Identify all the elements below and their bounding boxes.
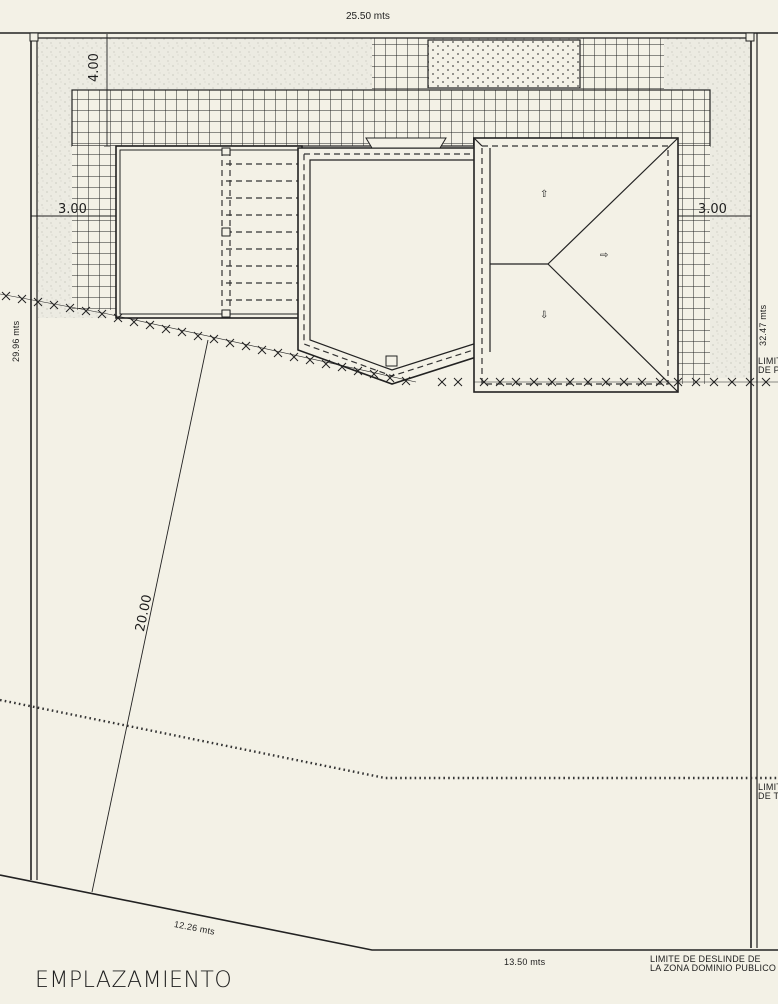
dimension-top-width: 25.50 mts <box>346 12 390 22</box>
dimension-bottom-right: 13.50 mts <box>504 958 545 967</box>
slope-arrow-down-icon: ⇩ <box>540 310 548 321</box>
dimension-setback-right: 3.00 <box>698 203 727 216</box>
slope-arrow-right-icon: ⇨ <box>600 250 608 261</box>
dimension-left-depth: 29.96 mts <box>12 321 21 362</box>
dimension-setback-left: 3.00 <box>58 203 87 216</box>
central-building <box>298 138 492 384</box>
dimension-setback-top: 4.00 <box>88 53 101 82</box>
public-domain-note: LIMITE DE DESLINDE DE LA ZONA DOMINIO PU… <box>650 955 776 973</box>
dimension-right-depth: 32.47 mts <box>759 305 768 346</box>
limit-note-top: LIMIT DE P <box>758 357 778 375</box>
dotted-planter <box>428 40 580 88</box>
limit-note-mid: LIMIT DE T <box>758 783 778 801</box>
left-wing-building <box>116 146 302 318</box>
limit-note-mid-line2: DE T <box>758 792 778 801</box>
public-domain-note-line2: LA ZONA DOMINIO PUBLICO <box>650 964 776 973</box>
hip-roof-building: ⇧ ⇨ ⇩ <box>474 138 678 392</box>
limit-note-top-line2: DE P <box>758 366 778 375</box>
servitude-dotted-line <box>0 700 778 778</box>
site-plan-drawing: ⇧ ⇨ ⇩ <box>0 0 778 1004</box>
slope-arrow-up-icon: ⇧ <box>540 189 548 200</box>
drawing-title: EMPLAZAMIENTO <box>35 970 232 992</box>
